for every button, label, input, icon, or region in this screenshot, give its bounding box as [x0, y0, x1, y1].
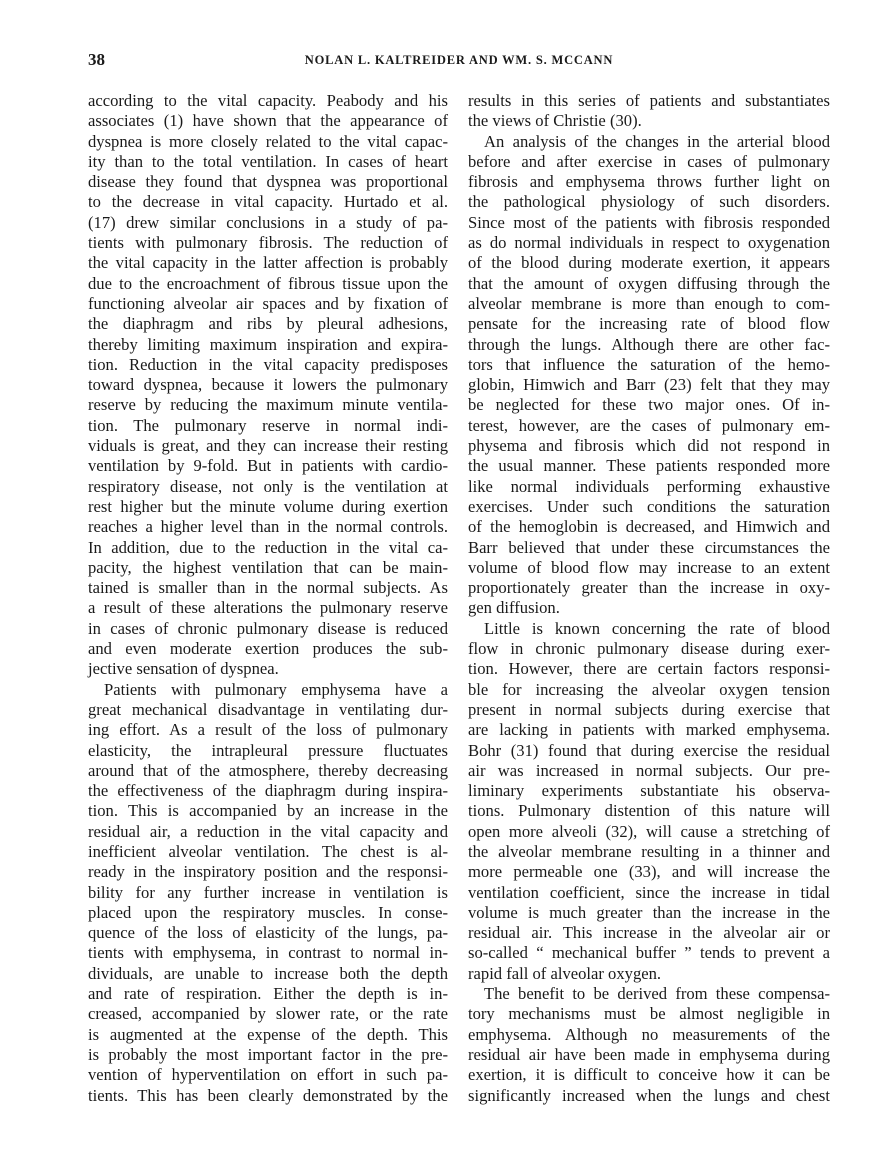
text-line: of the blood during moderate exertion, i…: [468, 253, 830, 273]
text-line: to the decrease in vital capacity. Hurta…: [88, 192, 448, 212]
text-line: volume of blood flow may increase to an …: [468, 558, 830, 578]
text-line: Barr believed that under these circumsta…: [468, 538, 830, 558]
text-line: disease they found that dyspnea was prop…: [88, 172, 448, 192]
text-line: globin, Himwich and Barr (23) felt that …: [468, 375, 830, 395]
text-line: that the amount of oxygen diffusing thro…: [468, 274, 830, 294]
text-line: tion. This is accompanied by an increase…: [88, 801, 448, 821]
text-line: the alveolar membrane resulting in a thi…: [468, 842, 830, 862]
text-line: air was increased in normal subjects. Ou…: [468, 761, 830, 781]
text-line: The benefit to be derived from these com…: [468, 984, 830, 1004]
text-line: the vital capacity in the latter affecti…: [88, 253, 448, 273]
text-line: tained is smaller than in the normal sub…: [88, 578, 448, 598]
text-line: ready in the inspiratory position and th…: [88, 862, 448, 882]
text-line: rapid fall of alveolar oxygen.: [468, 964, 830, 984]
text-line: vention of hyperventilation on effort in…: [88, 1065, 448, 1085]
text-line: Since most of the patients with fibrosis…: [468, 213, 830, 233]
text-line: reaches a higher level than in the norma…: [88, 517, 448, 537]
text-line: gen diffusion.: [468, 598, 830, 618]
text-line: tients with pulmonary fibrosis. The redu…: [88, 233, 448, 253]
text-line: is probably the most important factor in…: [88, 1045, 448, 1065]
text-line: pacity, the highest ventilation that can…: [88, 558, 448, 578]
text-line: associates (1) have shown that the appea…: [88, 111, 448, 131]
text-line: significantly increased when the lungs a…: [468, 1086, 830, 1106]
text-line: functioning alveolar air spaces and by f…: [88, 294, 448, 314]
text-line: the diaphragm and ribs by pleural adhesi…: [88, 314, 448, 334]
text-line: placed upon the respiratory muscles. In …: [88, 903, 448, 923]
text-line: tion. However, there are certain factors…: [468, 659, 830, 679]
text-line: terest, however, are the cases of pulmon…: [468, 416, 830, 436]
text-line: dividuals, are unable to increase both t…: [88, 964, 448, 984]
text-line: tion. Reduction in the vital capacity pr…: [88, 355, 448, 375]
left-column: according to the vital capacity. Peabody…: [88, 91, 448, 1106]
journal-page: 38 NOLAN L. KALTREIDER AND WM. S. MCCANN…: [0, 0, 890, 1163]
text-line: tients with emphysema, in contrast to no…: [88, 943, 448, 963]
text-line: volume is much greater than the increase…: [468, 903, 830, 923]
text-line: the effectiveness of the diaphragm durin…: [88, 781, 448, 801]
text-line: is augmented at the expense of the depth…: [88, 1025, 448, 1045]
text-line: through the lungs. Although there are ot…: [468, 335, 830, 355]
text-line: dyspnea is more closely related to the v…: [88, 132, 448, 152]
text-line: as do normal individuals in respect to o…: [468, 233, 830, 253]
text-line: pensate for the increasing rate of blood…: [468, 314, 830, 334]
text-line: ble for increasing the alveolar oxygen t…: [468, 680, 830, 700]
text-line: proportionately greater than the increas…: [468, 578, 830, 598]
text-line: residual air. This increase in the alveo…: [468, 923, 830, 943]
right-column: results in this series of patients and s…: [468, 91, 830, 1106]
running-title: NOLAN L. KALTREIDER AND WM. S. MCCANN: [88, 53, 830, 68]
text-line: in cases of chronic pulmonary disease is…: [88, 619, 448, 639]
text-line: according to the vital capacity. Peabody…: [88, 91, 448, 111]
text-line: exercises. Under such conditions the sat…: [468, 497, 830, 517]
text-line: ity than to the total ventilation. In ca…: [88, 152, 448, 172]
text-line: more permeable one (33), and will increa…: [468, 862, 830, 882]
text-line: respiratory disease, not only is the ven…: [88, 477, 448, 497]
text-line: ventilation coefficient, since the incre…: [468, 883, 830, 903]
text-line: like normal individuals performing exhau…: [468, 477, 830, 497]
text-line: inefficient alveolar ventilation. The ch…: [88, 842, 448, 862]
text-line: An analysis of the changes in the arteri…: [468, 132, 830, 152]
text-line: liminary experiments substantiate his ob…: [468, 781, 830, 801]
text-line: Bohr (31) found that during exercise the…: [468, 741, 830, 761]
text-line: open more alveoli (32), will cause a str…: [468, 822, 830, 842]
text-line: tients. This has been clearly demonstrat…: [88, 1086, 448, 1106]
text-line: alveolar membrane is more than enough to…: [468, 294, 830, 314]
text-line: exertion, it is difficult to conceive ho…: [468, 1065, 830, 1085]
text-line: are lacking in patients with marked emph…: [468, 720, 830, 740]
text-line: residual air have been made in emphysema…: [468, 1045, 830, 1065]
text-line: reserve by reducing the maximum minute v…: [88, 395, 448, 415]
text-line: tors that influence the saturation of th…: [468, 355, 830, 375]
text-line: viduals is great, and they can increase …: [88, 436, 448, 456]
text-line: thereby limiting maximum inspiration and…: [88, 335, 448, 355]
text-line: results in this series of patients and s…: [468, 91, 830, 111]
text-line: the pathological physiology of such diso…: [468, 192, 830, 212]
text-line: of the hemoglobin is decreased, and Himw…: [468, 517, 830, 537]
text-line: Little is known concerning the rate of b…: [468, 619, 830, 639]
text-line: toward dyspnea, because it lowers the pu…: [88, 375, 448, 395]
text-line: Patients with pulmonary emphysema have a: [88, 680, 448, 700]
text-line: tions. Pulmonary distention of this natu…: [468, 801, 830, 821]
text-line: before and after exercise in cases of pu…: [468, 152, 830, 172]
text-line: tion. The pulmonary reserve in normal in…: [88, 416, 448, 436]
text-line: residual air, a reduction in the vital c…: [88, 822, 448, 842]
text-line: physema and fibrosis which did not respo…: [468, 436, 830, 456]
running-header: 38 NOLAN L. KALTREIDER AND WM. S. MCCANN: [88, 50, 830, 74]
text-line: emphysema. Although no measurements of t…: [468, 1025, 830, 1045]
text-line: and rate of respiration. Either the dept…: [88, 984, 448, 1004]
text-line: rest higher but the minute volume during…: [88, 497, 448, 517]
text-line: and even moderate exertion produces the …: [88, 639, 448, 659]
text-line: be neglected for these two major ones. O…: [468, 395, 830, 415]
text-line: great mechanical disadvantage in ventila…: [88, 700, 448, 720]
text-line: around that of the atmosphere, thereby d…: [88, 761, 448, 781]
text-line: bility for any further increase in venti…: [88, 883, 448, 903]
text-line: fibrosis and emphysema throws further li…: [468, 172, 830, 192]
text-line: jective sensation of dyspnea.: [88, 659, 448, 679]
text-line: ventilation by 9-fold. But in patients w…: [88, 456, 448, 476]
text-line: present in normal subjects during exerci…: [468, 700, 830, 720]
text-line: elasticity, the intrapleural pressure fl…: [88, 741, 448, 761]
text-line: ing effort. As a result of the loss of p…: [88, 720, 448, 740]
text-line: the usual manner. These patients respond…: [468, 456, 830, 476]
text-line: creased, accompanied by slower rate, or …: [88, 1004, 448, 1024]
text-line: so-called “ mechanical buffer ” tends to…: [468, 943, 830, 963]
text-line: the views of Christie (30).: [468, 111, 830, 131]
text-line: In addition, due to the reduction in the…: [88, 538, 448, 558]
text-line: (17) drew similar conclusions in a study…: [88, 213, 448, 233]
text-line: due to the encroachment of fibrous tissu…: [88, 274, 448, 294]
text-line: flow in chronic pulmonary disease during…: [468, 639, 830, 659]
text-line: a result of these alterations the pulmon…: [88, 598, 448, 618]
text-line: tory mechanisms must be almost negligibl…: [468, 1004, 830, 1024]
text-line: quence of the loss of elasticity of the …: [88, 923, 448, 943]
